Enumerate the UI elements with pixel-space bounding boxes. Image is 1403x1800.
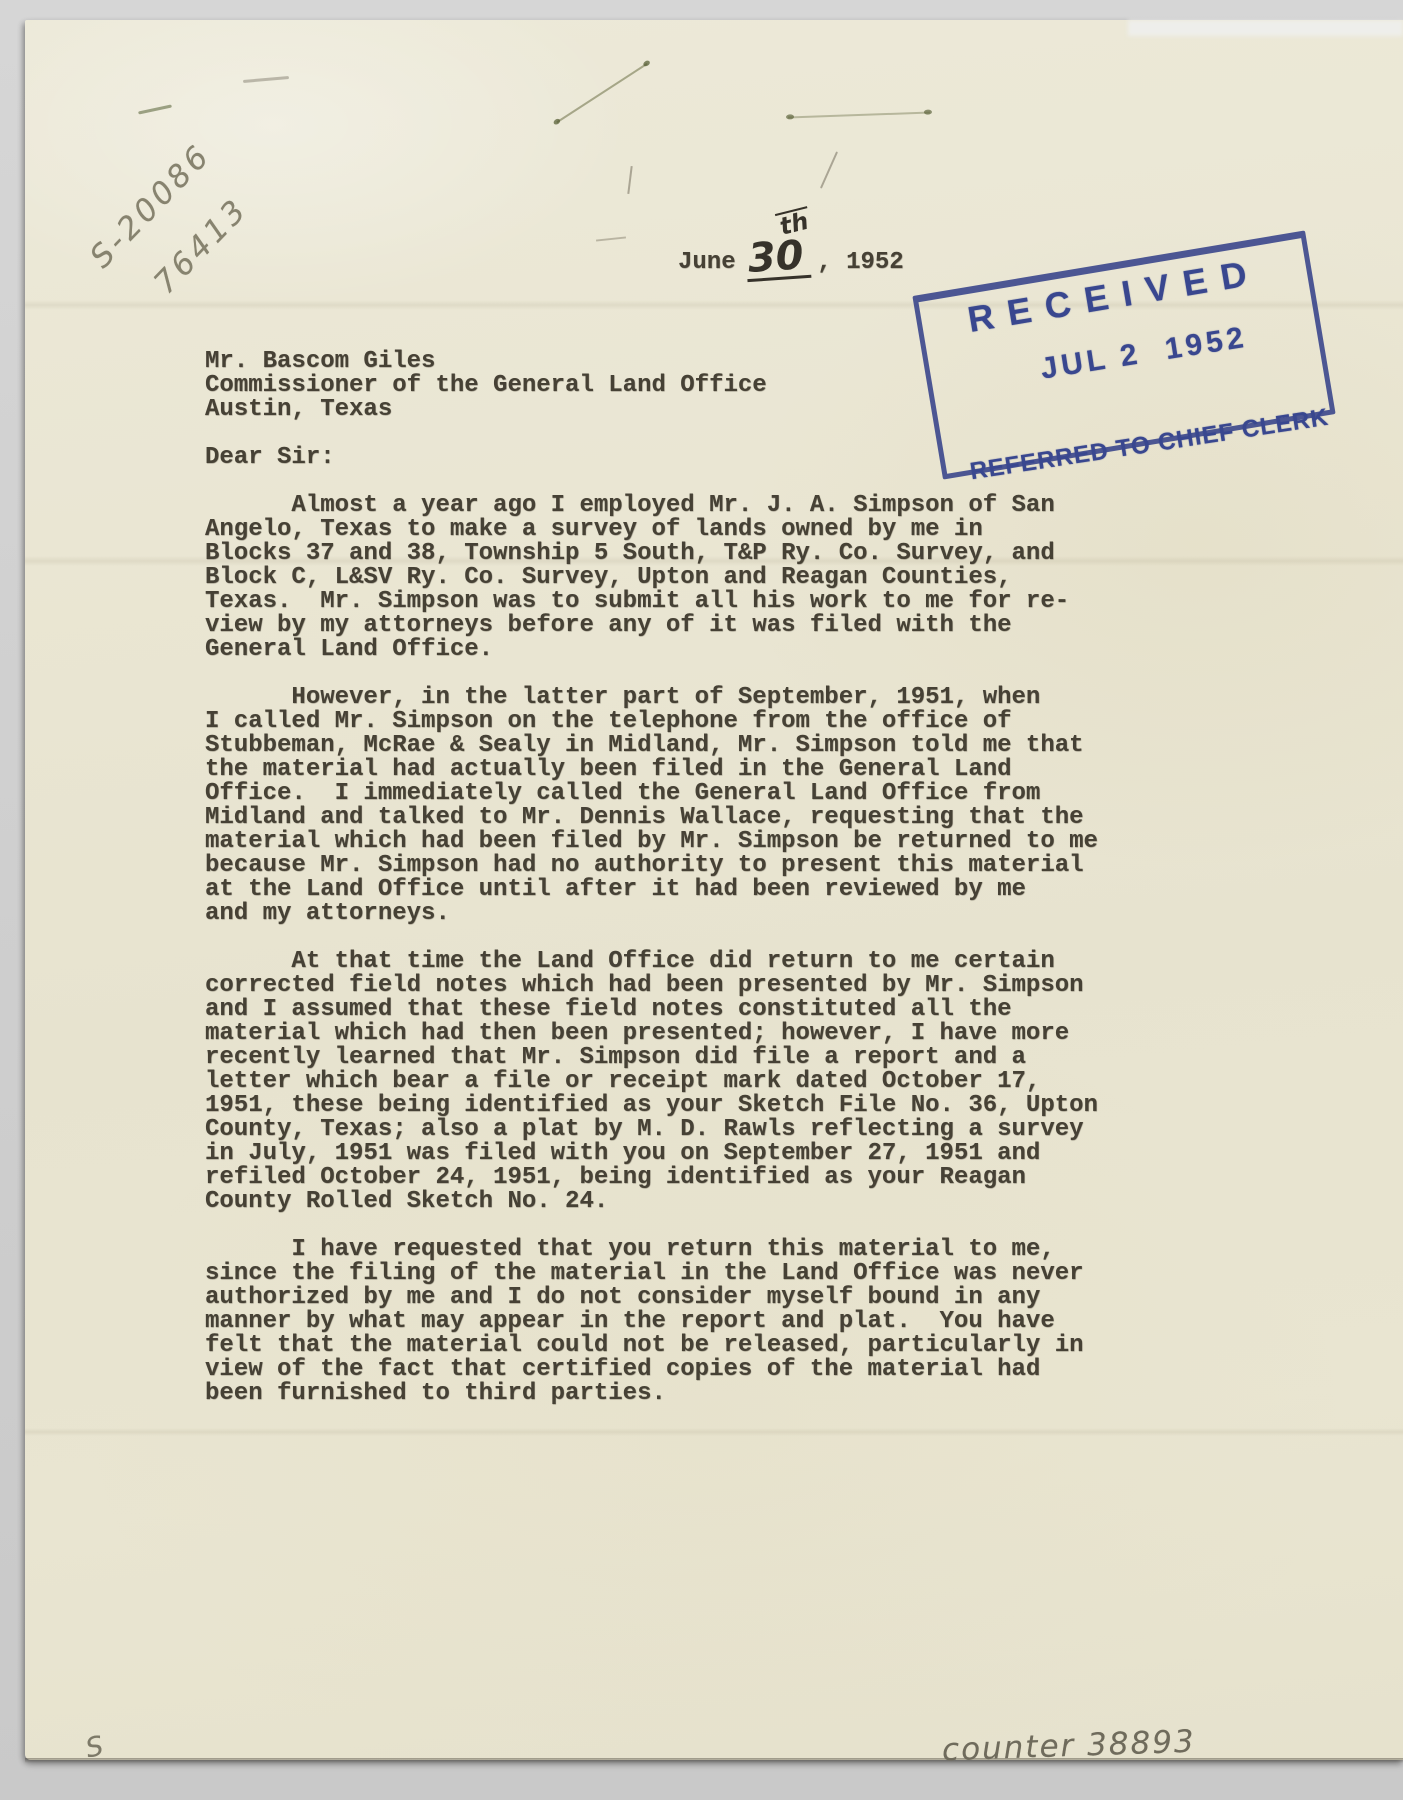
handwritten-day: 30th	[744, 235, 811, 282]
paragraph: Almost a year ago I employed Mr. J. A. S…	[205, 494, 1098, 662]
paragraph: However, in the latter part of September…	[205, 686, 1098, 926]
paragraph: I have requested that you return this ma…	[205, 1238, 1098, 1406]
recipient-address: Mr. Bascom Giles Commissioner of the Gen…	[205, 350, 1098, 422]
paragraph: At that time the Land Office did return …	[205, 950, 1098, 1214]
letter-body: Mr. Bascom Giles Commissioner of the Gen…	[205, 350, 1098, 1430]
date-line: June 30th , 1952	[678, 251, 904, 280]
date-year: , 1952	[817, 251, 903, 275]
scanned-letter-page: { "annotations": { "file_number_1": "S-2…	[0, 0, 1403, 1800]
salutation: Dear Sir:	[205, 446, 1098, 470]
date-month: June	[678, 251, 736, 275]
paper-highlight	[1128, 20, 1403, 36]
